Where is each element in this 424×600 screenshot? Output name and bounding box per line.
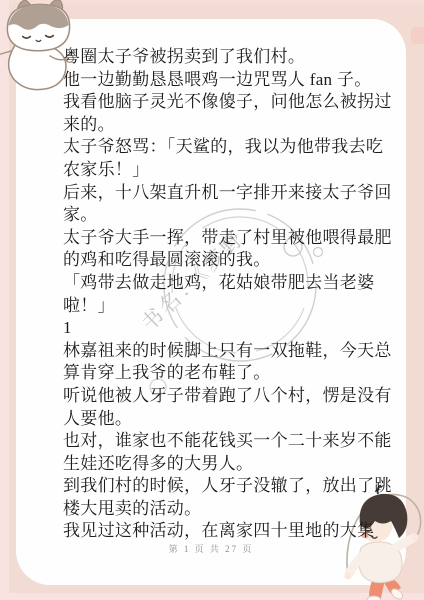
pink-tab-decoration (411, 27, 424, 44)
reading-page: 书名：《梦野 粤圈太子爷被拐卖到了我们村。 他一边勤勤恳恳喂鸡一边咒骂人 fan… (0, 0, 424, 600)
page-indicator: 第 1 页 共 27 页 (16, 542, 406, 555)
story-text: 粤圈太子爷被拐卖到了我们村。 他一边勤勤恳恳喂鸡一边咒骂人 fan 子。 我看他… (63, 46, 403, 543)
